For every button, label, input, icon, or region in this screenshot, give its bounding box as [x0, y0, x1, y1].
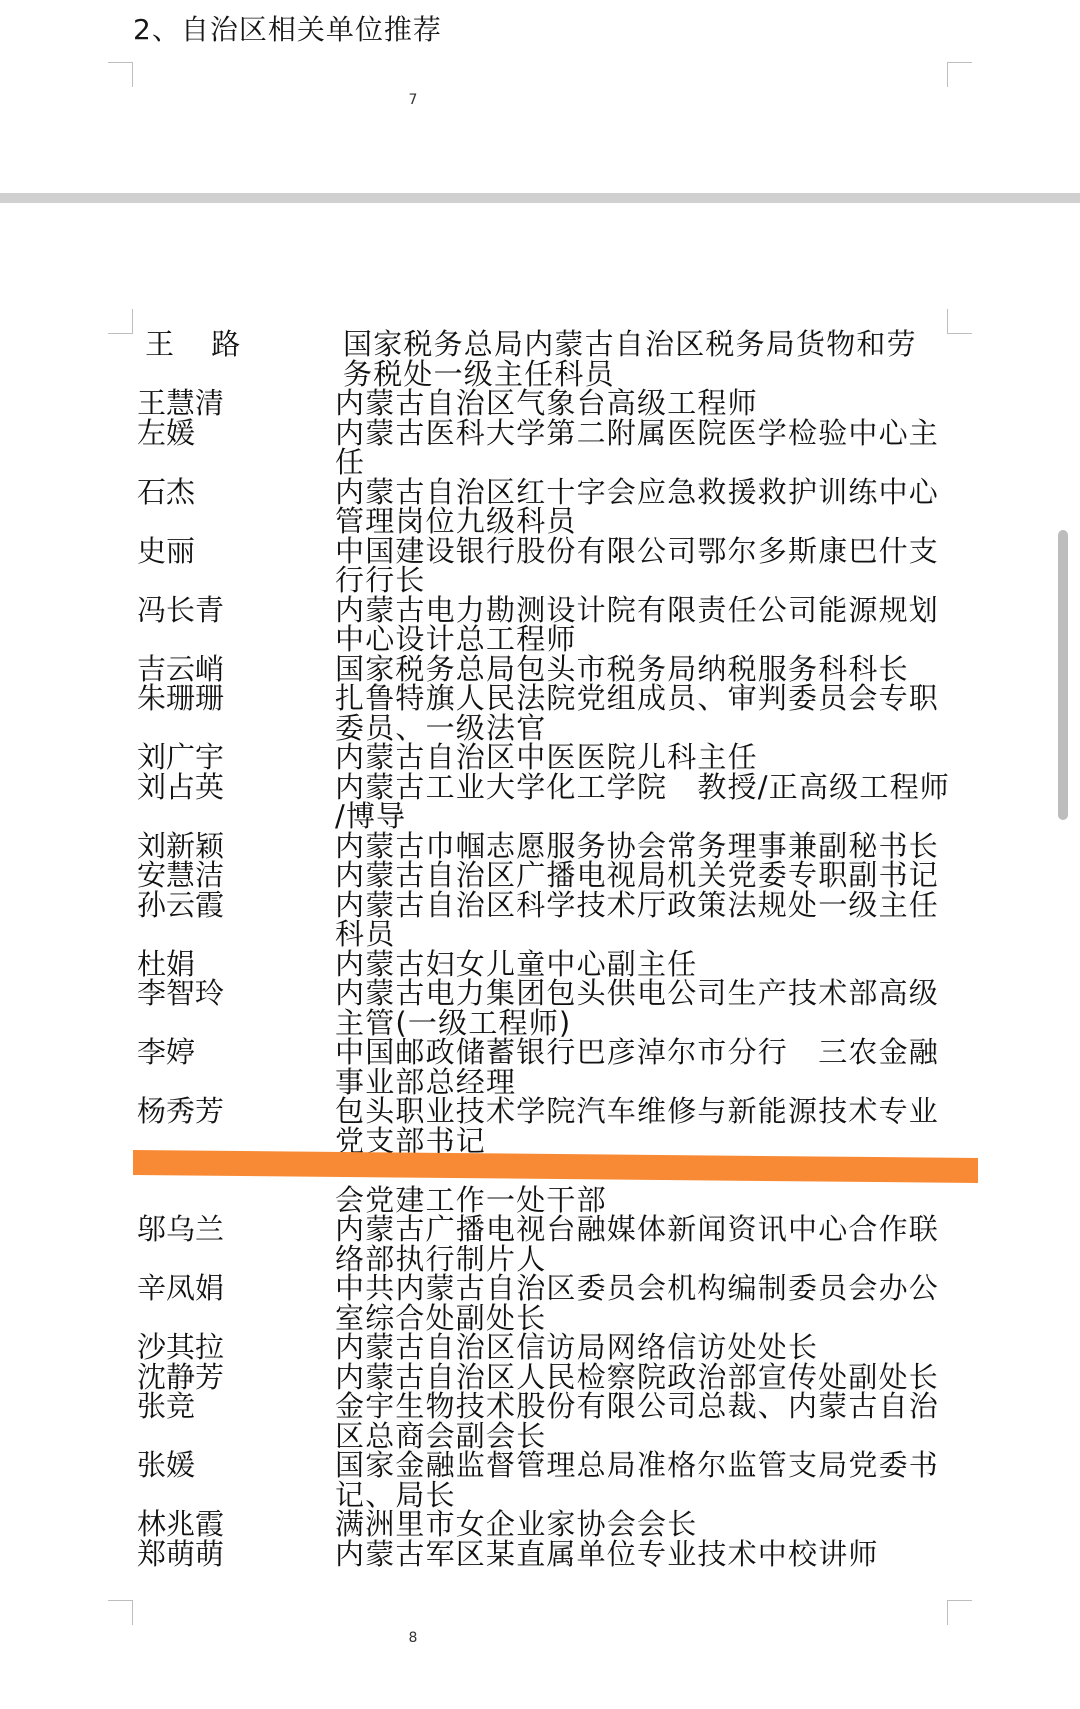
list-item: 安慧洁 内蒙古自治区广播电视局机关党委专职副书记	[0, 861, 1080, 891]
nominee-name: 冯长青	[137, 596, 224, 626]
nominee-affiliation: 内蒙古自治区气象台高级工程师	[335, 389, 935, 419]
nominee-name: 刘广宇	[137, 743, 224, 773]
nominee-affiliation: 内蒙古妇女儿童中心副主任	[335, 950, 935, 980]
affiliation-line: 主管(一级工程师)	[335, 1009, 935, 1039]
nominee-name: 刘新颖	[137, 832, 224, 862]
list-item: 沈静芳 内蒙古自治区人民检察院政治部宣传处副处长	[0, 1363, 1080, 1393]
nominee-affiliation: 内蒙古自治区红十字会应急救援救护训练中心 管理岗位九级科员	[335, 478, 935, 537]
affiliation-line: 内蒙古自治区广播电视局机关党委专职副书记	[335, 861, 935, 891]
list-item-redacted: 会党建工作一处干部	[0, 1156, 1080, 1215]
nominee-name: 刘占英	[137, 773, 224, 803]
section-title: 2、自治区相关单位推荐	[133, 12, 442, 48]
nominee-name: 孙云霞	[137, 891, 224, 921]
nominee-name: 左媛	[137, 419, 195, 449]
nominee-affiliation: 满洲里市女企业家协会会长	[335, 1510, 935, 1540]
page-number-7: 7	[403, 92, 423, 108]
crop-mark-footer-left	[108, 1600, 133, 1625]
affiliation-line: 中国建设银行股份有限公司鄂尔多斯康巴什支	[335, 537, 935, 567]
nominee-affiliation: 中国建设银行股份有限公司鄂尔多斯康巴什支 行行长	[335, 537, 935, 596]
affiliation-line: 金宇生物技术股份有限公司总裁、内蒙古自治	[335, 1392, 935, 1422]
list-item: 杨秀芳 包头职业技术学院汽车维修与新能源技术专业 党支部书记	[0, 1097, 1080, 1156]
nominee-affiliation: 内蒙古电力集团包头供电公司生产技术部高级 主管(一级工程师)	[335, 979, 935, 1038]
nominee-name: 邬乌兰	[137, 1215, 224, 1245]
list-item: 杜娟 内蒙古妇女儿童中心副主任	[0, 950, 1080, 980]
nominee-affiliation: 内蒙古医科大学第二附属医院医学检验中心主 任	[335, 419, 935, 478]
nominee-affiliation: 中共内蒙古自治区委员会机构编制委员会办公 室综合处副处长	[335, 1274, 935, 1333]
nominee-affiliation: 会党建工作一处干部	[335, 1156, 935, 1215]
page-number-8: 8	[403, 1630, 423, 1646]
nominee-name: 郑萌萌	[137, 1540, 224, 1570]
crop-mark-top-right	[947, 62, 972, 87]
nominee-affiliation: 包头职业技术学院汽车维修与新能源技术专业 党支部书记	[335, 1097, 935, 1156]
nominee-affiliation: 国家税务总局内蒙古自治区税务局货物和劳 务税处一级主任科员	[343, 330, 943, 389]
list-item: 林兆霞 满洲里市女企业家协会会长	[0, 1510, 1080, 1540]
list-item: 王慧清 内蒙古自治区气象台高级工程师	[0, 389, 1080, 419]
affiliation-line: 任	[335, 448, 935, 478]
affiliation-line: 络部执行制片人	[335, 1245, 935, 1275]
nominee-affiliation: 内蒙古工业大学化工学院 教授/正高级工程师 /博导	[335, 773, 935, 832]
nominee-affiliation: 内蒙古广播电视台融媒体新闻资讯中心合作联 络部执行制片人	[335, 1215, 935, 1274]
affiliation-line: 内蒙古医科大学第二附属医院医学检验中心主	[335, 419, 935, 449]
list-item: 李婷 中国邮政储蓄银行巴彦淖尔市分行 三农金融 事业部总经理	[0, 1038, 1080, 1097]
affiliation-line: 内蒙古军区某直属单位专业技术中校讲师	[335, 1540, 935, 1570]
nominee-name: 杜娟	[137, 950, 195, 980]
affiliation-line: 党支部书记	[335, 1127, 935, 1157]
affiliation-line: 内蒙古自治区信访局网络信访处处长	[335, 1333, 935, 1363]
affiliation-line: 内蒙古自治区人民检察院政治部宣传处副处长	[335, 1363, 935, 1393]
nominee-affiliation: 国家金融监督管理总局准格尔监管支局党委书 记、局长	[335, 1451, 935, 1510]
nominee-name: 史丽	[137, 537, 195, 567]
affiliation-line: 内蒙古妇女儿童中心副主任	[335, 950, 935, 980]
list-item: 刘新颖 内蒙古巾帼志愿服务协会常务理事兼副秘书长	[0, 832, 1080, 862]
list-item: 沙其拉 内蒙古自治区信访局网络信访处处长	[0, 1333, 1080, 1363]
affiliation-line: 内蒙古广播电视台融媒体新闻资讯中心合作联	[335, 1215, 935, 1245]
list-item: 孙云霞 内蒙古自治区科学技术厅政策法规处一级主任 科员	[0, 891, 1080, 950]
nominee-list: 王 路 国家税务总局内蒙古自治区税务局货物和劳 务税处一级主任科员 王慧清 内蒙…	[0, 330, 1080, 1569]
affiliation-line: 科员	[335, 920, 935, 950]
list-item: 辛凤娟 中共内蒙古自治区委员会机构编制委员会办公 室综合处副处长	[0, 1274, 1080, 1333]
list-item: 邬乌兰 内蒙古广播电视台融媒体新闻资讯中心合作联 络部执行制片人	[0, 1215, 1080, 1274]
nominee-affiliation: 中国邮政储蓄银行巴彦淖尔市分行 三农金融 事业部总经理	[335, 1038, 935, 1097]
list-item: 冯长青 内蒙古电力勘测设计院有限责任公司能源规划 中心设计总工程师	[0, 596, 1080, 655]
nominee-affiliation: 内蒙古巾帼志愿服务协会常务理事兼副秘书长	[335, 832, 935, 862]
affiliation-line: 内蒙古电力勘测设计院有限责任公司能源规划	[335, 596, 935, 626]
affiliation-line: 包头职业技术学院汽车维修与新能源技术专业	[335, 1097, 935, 1127]
list-item: 李智玲 内蒙古电力集团包头供电公司生产技术部高级 主管(一级工程师)	[0, 979, 1080, 1038]
affiliation-line: 内蒙古自治区气象台高级工程师	[335, 389, 935, 419]
affiliation-line: 委员、一级法官	[335, 714, 935, 744]
crop-mark-footer-right	[947, 1600, 972, 1625]
affiliation-line: 内蒙古自治区中医医院儿科主任	[335, 743, 935, 773]
affiliation-line: 中共内蒙古自治区委员会机构编制委员会办公	[335, 1274, 935, 1304]
nominee-name: 沈静芳	[137, 1363, 224, 1393]
list-item: 史丽 中国建设银行股份有限公司鄂尔多斯康巴什支 行行长	[0, 537, 1080, 596]
list-item: 吉云峭 国家税务总局包头市税务局纳税服务科科长	[0, 655, 1080, 685]
nominee-name: 辛凤娟	[137, 1274, 224, 1304]
nominee-name: 张媛	[137, 1451, 195, 1481]
nominee-name: 杨秀芳	[137, 1097, 224, 1127]
list-item: 张媛 国家金融监督管理总局准格尔监管支局党委书 记、局长	[0, 1451, 1080, 1510]
affiliation-line: 中心设计总工程师	[335, 625, 935, 655]
nominee-affiliation: 扎鲁特旗人民法院党组成员、审判委员会专职 委员、一级法官	[335, 684, 935, 743]
affiliation-line: 国家金融监督管理总局准格尔监管支局党委书	[335, 1451, 935, 1481]
list-item: 石杰 内蒙古自治区红十字会应急救援救护训练中心 管理岗位九级科员	[0, 478, 1080, 537]
list-item: 郑萌萌 内蒙古军区某直属单位专业技术中校讲师	[0, 1540, 1080, 1570]
affiliation-line: 满洲里市女企业家协会会长	[335, 1510, 935, 1540]
affiliation-line: 会党建工作一处干部	[335, 1186, 935, 1216]
nominee-name: 石杰	[137, 478, 195, 508]
affiliation-line: 扎鲁特旗人民法院党组成员、审判委员会专职	[335, 684, 935, 714]
list-item: 左媛 内蒙古医科大学第二附属医院医学检验中心主 任	[0, 419, 1080, 478]
nominee-name: 朱珊珊	[137, 684, 224, 714]
nominee-name: 安慧洁	[137, 861, 224, 891]
nominee-affiliation: 国家税务总局包头市税务局纳税服务科科长	[335, 655, 935, 685]
list-item: 王 路 国家税务总局内蒙古自治区税务局货物和劳 务税处一级主任科员	[0, 330, 1080, 389]
list-item: 刘广宇 内蒙古自治区中医医院儿科主任	[0, 743, 1080, 773]
affiliation-line: 国家税务总局包头市税务局纳税服务科科长	[335, 655, 935, 685]
affiliation-line: 室综合处副处长	[335, 1304, 935, 1334]
nominee-name: 李婷	[137, 1038, 195, 1068]
affiliation-line: 内蒙古自治区科学技术厅政策法规处一级主任	[335, 891, 935, 921]
affiliation-line: 中国邮政储蓄银行巴彦淖尔市分行 三农金融	[335, 1038, 935, 1068]
nominee-affiliation: 内蒙古军区某直属单位专业技术中校讲师	[335, 1540, 935, 1570]
affiliation-line: 内蒙古工业大学化工学院 教授/正高级工程师	[335, 773, 935, 803]
nominee-affiliation: 内蒙古自治区广播电视局机关党委专职副书记	[335, 861, 935, 891]
nominee-affiliation: 金宇生物技术股份有限公司总裁、内蒙古自治 区总商会副会长	[335, 1392, 935, 1451]
affiliation-line-redacted	[335, 1156, 935, 1186]
nominee-name: 吉云峭	[137, 655, 224, 685]
vertical-scrollbar-thumb[interactable]	[1058, 530, 1068, 820]
affiliation-line: 国家税务总局内蒙古自治区税务局货物和劳	[343, 330, 943, 360]
affiliation-line: /博导	[335, 802, 935, 832]
affiliation-line: 行行长	[335, 566, 935, 596]
list-item: 刘占英 内蒙古工业大学化工学院 教授/正高级工程师 /博导	[0, 773, 1080, 832]
nominee-name: 王慧清	[137, 389, 224, 419]
affiliation-line: 记、局长	[335, 1481, 935, 1511]
affiliation-line: 内蒙古巾帼志愿服务协会常务理事兼副秘书长	[335, 832, 935, 862]
page-separator	[0, 193, 1080, 203]
crop-mark-top-left	[108, 62, 133, 87]
nominee-affiliation: 内蒙古自治区信访局网络信访处处长	[335, 1333, 935, 1363]
affiliation-line: 事业部总经理	[335, 1068, 935, 1098]
nominee-name: 张竞	[137, 1392, 195, 1422]
affiliation-line: 内蒙古自治区红十字会应急救援救护训练中心	[335, 478, 935, 508]
nominee-affiliation: 内蒙古自治区人民检察院政治部宣传处副处长	[335, 1363, 935, 1393]
nominee-name: 李智玲	[137, 979, 224, 1009]
nominee-affiliation: 内蒙古电力勘测设计院有限责任公司能源规划 中心设计总工程师	[335, 596, 935, 655]
affiliation-line: 内蒙古电力集团包头供电公司生产技术部高级	[335, 979, 935, 1009]
affiliation-line: 区总商会副会长	[335, 1422, 935, 1452]
nominee-name: 沙其拉	[137, 1333, 224, 1363]
nominee-affiliation: 内蒙古自治区科学技术厅政策法规处一级主任 科员	[335, 891, 935, 950]
affiliation-line: 务税处一级主任科员	[343, 360, 943, 390]
list-item: 朱珊珊 扎鲁特旗人民法院党组成员、审判委员会专职 委员、一级法官	[0, 684, 1080, 743]
nominee-name: 王 路	[145, 330, 254, 360]
affiliation-line: 管理岗位九级科员	[335, 507, 935, 537]
nominee-name: 林兆霞	[137, 1510, 224, 1540]
list-item: 张竞 金宇生物技术股份有限公司总裁、内蒙古自治 区总商会副会长	[0, 1392, 1080, 1451]
nominee-affiliation: 内蒙古自治区中医医院儿科主任	[335, 743, 935, 773]
